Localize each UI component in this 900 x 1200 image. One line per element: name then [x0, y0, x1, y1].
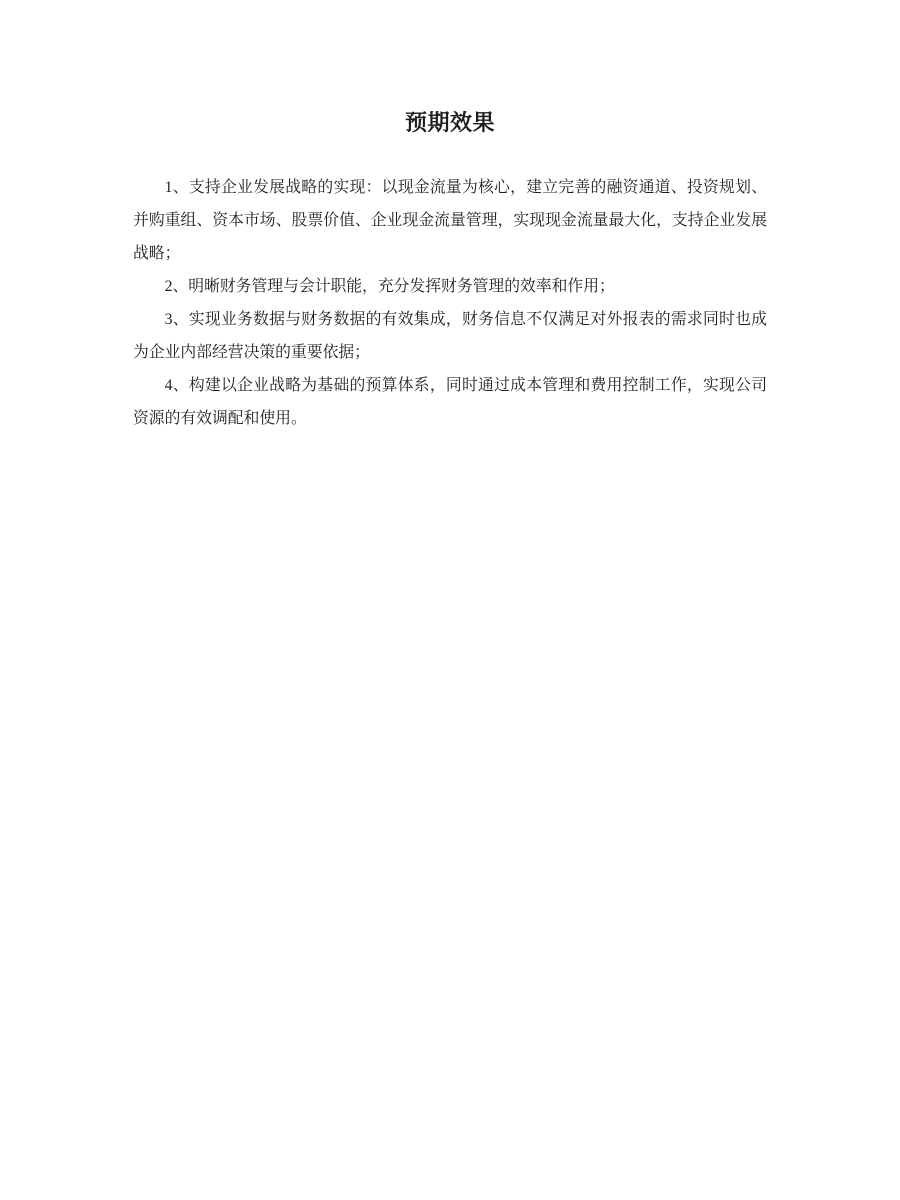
paragraph-1: 1、支持企业发展战略的实现：以现金流量为核心，建立完善的融资通道、投资规划、并购… — [133, 171, 767, 270]
document-body: 1、支持企业发展战略的实现：以现金流量为核心，建立完善的融资通道、投资规划、并购… — [133, 171, 767, 435]
document-page: 预期效果 1、支持企业发展战略的实现：以现金流量为核心，建立完善的融资通道、投资… — [0, 0, 900, 1200]
page-title: 预期效果 — [0, 109, 900, 137]
paragraph-2: 2、明晰财务管理与会计职能，充分发挥财务管理的效率和作用； — [133, 270, 767, 303]
paragraph-4: 4、构建以企业战略为基础的预算体系，同时通过成本管理和费用控制工作，实现公司资源… — [133, 369, 767, 435]
paragraph-3: 3、实现业务数据与财务数据的有效集成，财务信息不仅满足对外报表的需求同时也成为企… — [133, 303, 767, 369]
